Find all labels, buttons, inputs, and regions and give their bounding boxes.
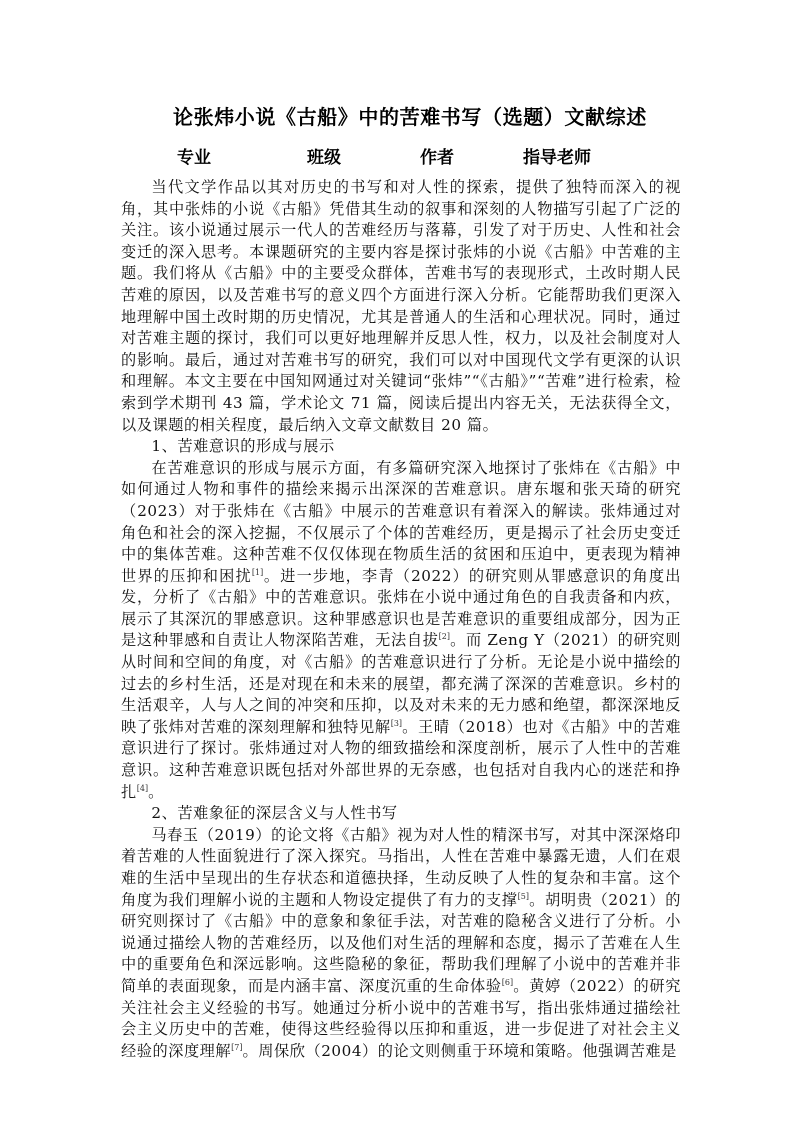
citation-4: [4] [137, 784, 148, 793]
advisor-label: 指导老师 [523, 147, 591, 169]
intro-paragraph: 当代文学作品以其对历史的书写和对人性的探索，提供了独特而深入的视角，其中张炜的小… [121, 177, 681, 436]
author-label: 作者 [420, 147, 454, 169]
major-label: 专业 [177, 147, 211, 169]
section-1-paragraph: 在苦难意识的形成与展示方面，有多篇研究深入地探讨了张炜在《古船》中如何通过人物和… [121, 458, 681, 804]
citation-5: [5] [518, 892, 529, 901]
citation-6: [6] [502, 978, 513, 987]
section-1-heading: 1、苦难意识的形成与展示 [121, 436, 681, 458]
document-title: 论张炜小说《古船》中的苦难书写（选题）文献综述 [173, 104, 673, 130]
section-2-text: 。周保欣（2004）的论文则侧重于环境和策略。他强调苦难是 [243, 1042, 677, 1060]
document-page: 论张炜小说《古船》中的苦难书写（选题）文献综述 专业 班级 作者 指导老师 当代… [0, 0, 793, 1122]
section-2-heading: 2、苦难象征的深层含义与人性书写 [121, 803, 681, 825]
class-label: 班级 [307, 147, 341, 169]
citation-3: [3] [391, 719, 402, 728]
section-2-paragraph: 马春玉（2019）的论文将《古船》视为对人性的精深书写，对其中深深烙印着苦难的人… [121, 825, 681, 1063]
document-body: 当代文学作品以其对历史的书写和对人性的探索，提供了独特而深入的视角，其中张炜的小… [121, 177, 681, 1062]
citation-1: [1] [252, 568, 263, 577]
citation-7: [7] [231, 1043, 242, 1052]
citation-2: [2] [439, 632, 450, 641]
section-1-text: 。 [148, 783, 164, 801]
